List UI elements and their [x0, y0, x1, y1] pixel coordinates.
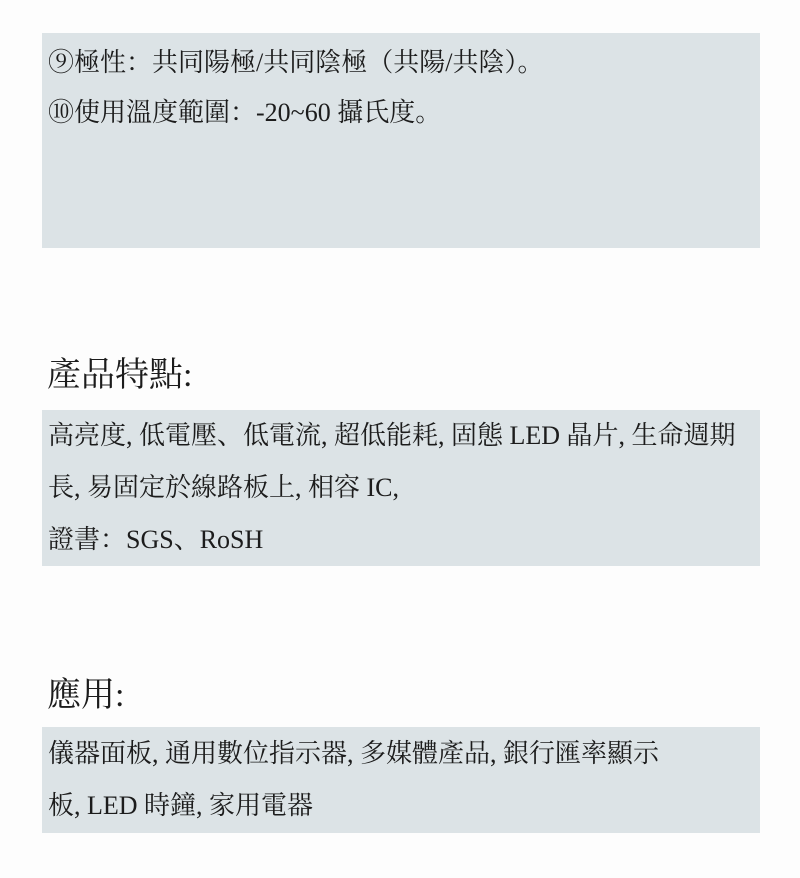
product-detail-text: ⑨極性：共同陽極/共同陰極（共陽/共陰）。 ⑩使用溫度範圍：-20~60 攝氏度… [0, 33, 800, 833]
applications-line: 儀器面板, 通用數位指示器, 多媒體產品, 銀行匯率顯示 [48, 728, 760, 780]
applications-line: 板, LED 時鐘, 家用電器 [48, 780, 760, 832]
applications-section: 儀器面板, 通用數位指示器, 多媒體產品, 銀行匯率顯示 板, LED 時鐘, … [42, 727, 760, 833]
spec-section: ⑨極性：共同陽極/共同陰極（共陽/共陰）。 ⑩使用溫度範圍：-20~60 攝氏度… [42, 33, 760, 248]
features-heading: 產品特點: [47, 356, 800, 396]
features-section: 高亮度, 低電壓、低電流, 超低能耗, 固態 LED 晶片, 生命週期 長, 易… [42, 410, 760, 566]
spec-item-temperature-range: ⑩使用溫度範圍：-20~60 攝氏度。 [48, 88, 760, 138]
features-line-certificates: 證書：SGS、RoSH [48, 514, 760, 566]
features-line: 長, 易固定於線路板上, 相容 IC, [48, 462, 760, 514]
features-line: 高亮度, 低電壓、低電流, 超低能耗, 固態 LED 晶片, 生命週期 [48, 410, 760, 462]
applications-heading: 應用: [47, 676, 800, 716]
spec-item-polarity: ⑨極性：共同陽極/共同陰極（共陽/共陰）。 [48, 38, 760, 88]
